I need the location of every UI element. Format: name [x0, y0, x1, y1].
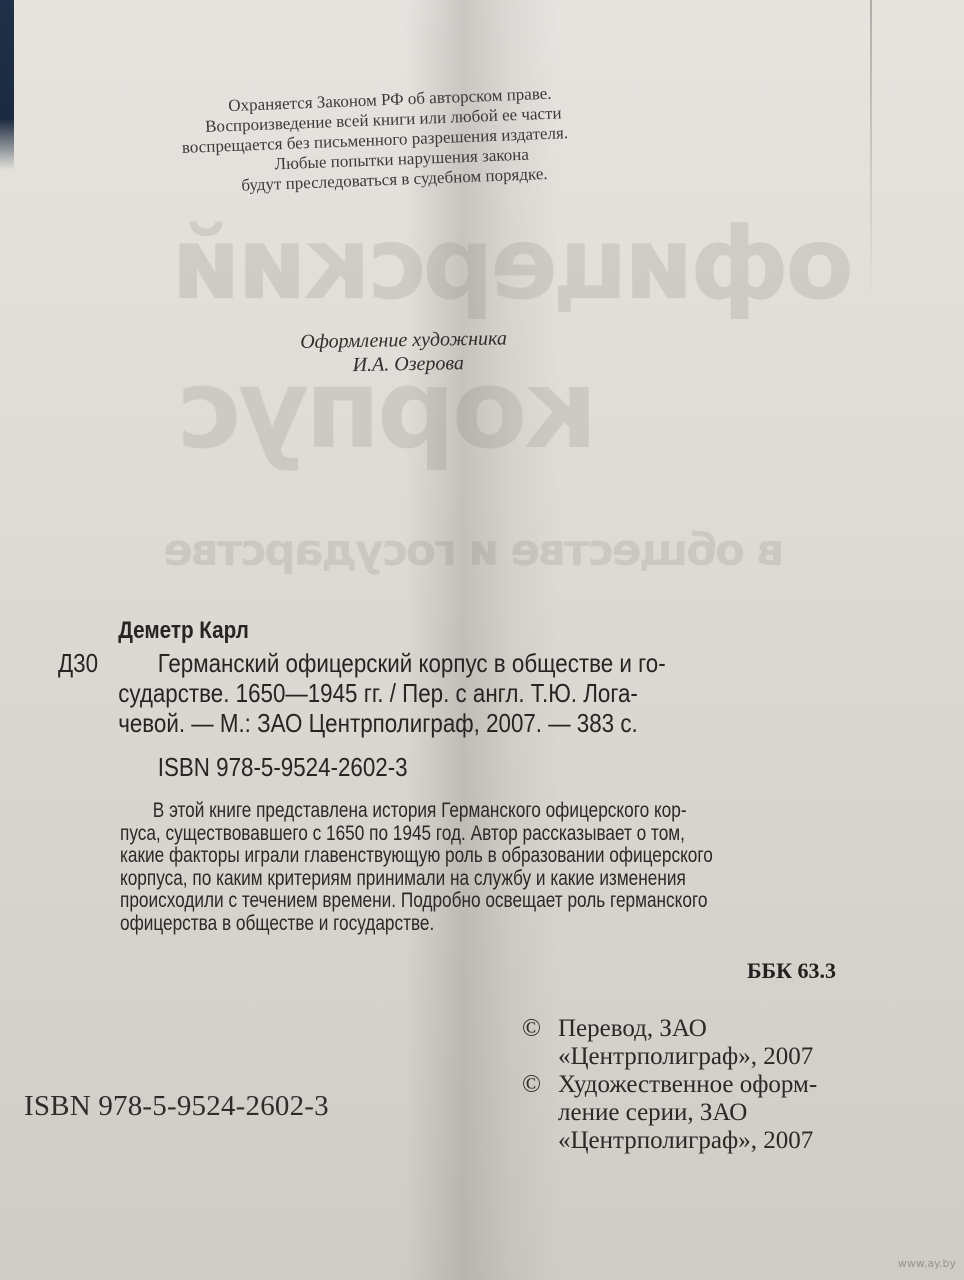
- isbn: ISBN 978-5-9524-2602-3: [158, 752, 408, 782]
- catalog-code: Д30: [58, 648, 98, 678]
- isbn-bottom: ISBN 978-5-9524-2602-3: [24, 1090, 329, 1123]
- annotation-line: корпуса, по каким критериям принимали на…: [120, 868, 809, 891]
- copyright-line: «Центрполиграф», 2007: [558, 1043, 817, 1071]
- page-edge: [870, 0, 872, 300]
- book-page: офицерский корпус в обществе и государст…: [0, 0, 964, 1280]
- copyright-icon: ©: [522, 1015, 541, 1043]
- bibliographic-description: Германский офицерский корпус в обществе …: [118, 648, 892, 738]
- watermark: www.ay.by: [898, 1257, 956, 1270]
- annotation-line: В этой книге представлена история Герман…: [120, 800, 809, 823]
- author-name: Деметр Карл: [118, 616, 249, 646]
- book-cover-edge: [0, 0, 14, 170]
- designer-name: И.А. Озерова: [300, 350, 507, 378]
- description-line: чевой. — М.: ЗАО Центрполиграф, 2007. — …: [118, 708, 892, 738]
- copyright-line: Художественное оформ-: [558, 1071, 817, 1099]
- annotation-line: пуса, существовавшего с 1650 по 1945 год…: [120, 823, 809, 846]
- bleed-through-title-1: офицерский: [175, 205, 854, 322]
- copyright-notice: Охраняется Законом РФ об авторском праве…: [180, 77, 743, 198]
- copyright-line: Перевод, ЗАО: [558, 1015, 817, 1043]
- annotation-line: офицерства в обществе и государстве.: [120, 913, 809, 936]
- annotation-line: происходили с течением времени. Подробно…: [120, 890, 809, 913]
- copyright-series-design: © Художественное оформ- ление серии, ЗАО…: [522, 1071, 817, 1155]
- bbk-classification: ББК 63.3: [747, 958, 836, 984]
- description-line: сударстве. 1650—1945 гг. / Пер. с англ. …: [118, 678, 892, 708]
- copyright-line: «Центрполиграф», 2007: [558, 1127, 817, 1155]
- description-line: Германский офицерский корпус в обществе …: [118, 648, 892, 678]
- copyright-line: ление серии, ЗАО: [558, 1099, 817, 1127]
- annotation-line: какие факторы играли главенствующую роль…: [120, 845, 809, 868]
- copyright-icon: ©: [522, 1071, 541, 1099]
- copyright-translation: © Перевод, ЗАО «Центрполиграф», 2007: [522, 1015, 817, 1071]
- bleed-through-subtitle: в обществе и государстве: [165, 525, 784, 576]
- annotation: В этой книге представлена история Герман…: [120, 800, 809, 935]
- designer-credit: Оформление художника И.А. Озерова: [300, 326, 508, 378]
- copyright-holders: © Перевод, ЗАО «Центрполиграф», 2007 © Х…: [522, 1015, 817, 1155]
- designer-label: Оформление художника: [300, 326, 507, 354]
